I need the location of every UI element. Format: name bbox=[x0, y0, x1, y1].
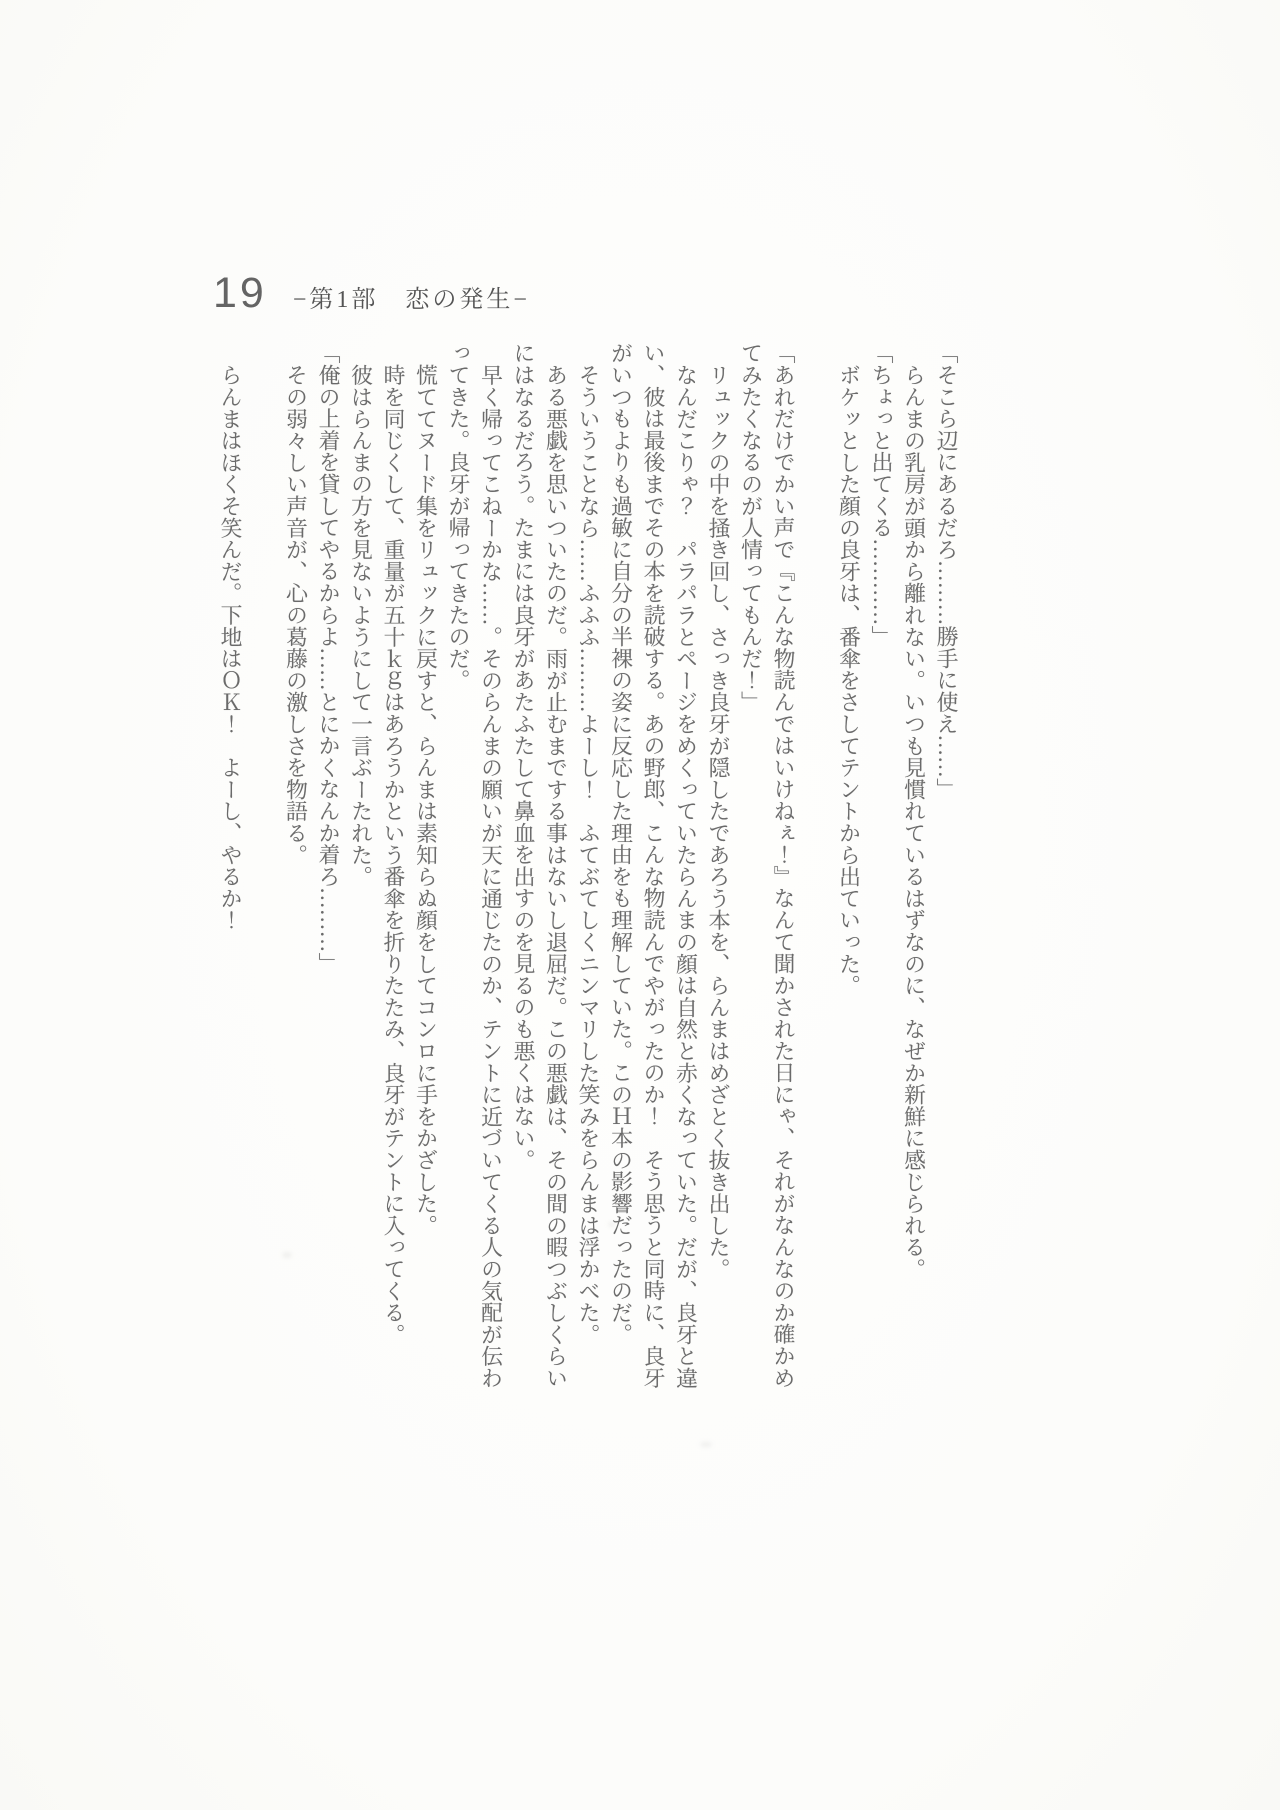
running-head: 19 −第1部 恋の発生− bbox=[213, 272, 530, 315]
paragraph: らんまはほくそ笑んだ。下地はＯＫ！ よーし、やるか！ bbox=[214, 342, 247, 1389]
paragraph: 「そこら辺にあるだろ………勝手に使え……」 bbox=[930, 342, 963, 1389]
paragraph: ボケッとした顔の良牙は、番傘をさしてテントから出ていった。 bbox=[832, 342, 865, 1389]
paragraph: 慌ててヌード集をリュックに戻すと、らんまは素知らぬ顔をしてコンロに手をかざした。 bbox=[409, 342, 442, 1389]
paragraph: らんまの乳房が頭から離れない。いつも見慣れているはずなのに、なぜか新鮮に感じられ… bbox=[897, 342, 930, 1389]
paragraph: 「ちょっと出てくる…………」 bbox=[865, 342, 898, 1389]
paragraph: ある悪戯を思いついたのだ。雨が止むまでする事はないし退屈だ。この悪戯は、その間の… bbox=[507, 342, 572, 1389]
body-text: 「そこら辺にあるだろ………勝手に使え……」 らんまの乳房が頭から離れない。いつも… bbox=[214, 342, 963, 1389]
paragraph: 「あれだけでかい声で『こんな物読んではいけねぇ！』なんて聞かされた日にゃ、それが… bbox=[734, 342, 799, 1389]
page-number: 19 bbox=[213, 272, 267, 315]
scanned-book-page: 19 −第1部 恋の発生− 「そこら辺にあるだろ………勝手に使え……」 らんまの… bbox=[0, 0, 1280, 1810]
paragraph: リュックの中を掻き回し、さっき良牙が隠したであろう本を、らんまはめざとく抜き出し… bbox=[702, 342, 735, 1389]
scan-artifact bbox=[282, 1252, 292, 1258]
paragraph: その弱々しい声音が、心の葛藤の激しさを物語る。 bbox=[279, 342, 312, 1389]
paragraph: 時を同じくして、重量が五十ｋｇはあろうかという番傘を折りたたみ、良牙がテントに入… bbox=[377, 342, 410, 1389]
paragraph: 彼はらんまの方を見ないようにして一言ぶーたれた。 bbox=[344, 342, 377, 1389]
paragraph: 早く帰ってこねーかな……。そのらんまの願いが天に通じたのか、テントに近づいてくる… bbox=[442, 342, 507, 1389]
paragraph: そういうことなら……ふふふ………よーし！ ふてぶてしくニンマリした笑みをらんまは… bbox=[572, 342, 605, 1389]
chapter-title: −第1部 恋の発生− bbox=[293, 279, 530, 314]
paragraph: 「俺の上着を貸してやるからよ……とにかくなんか着ろ………」 bbox=[312, 342, 345, 1389]
scan-artifact bbox=[608, 1222, 615, 1227]
scan-artifact bbox=[700, 1442, 712, 1447]
paragraph: なんだこりゃ？ パラパラとページをめくっていたらんまの顔は自然と赤くなっていた。… bbox=[604, 342, 702, 1389]
